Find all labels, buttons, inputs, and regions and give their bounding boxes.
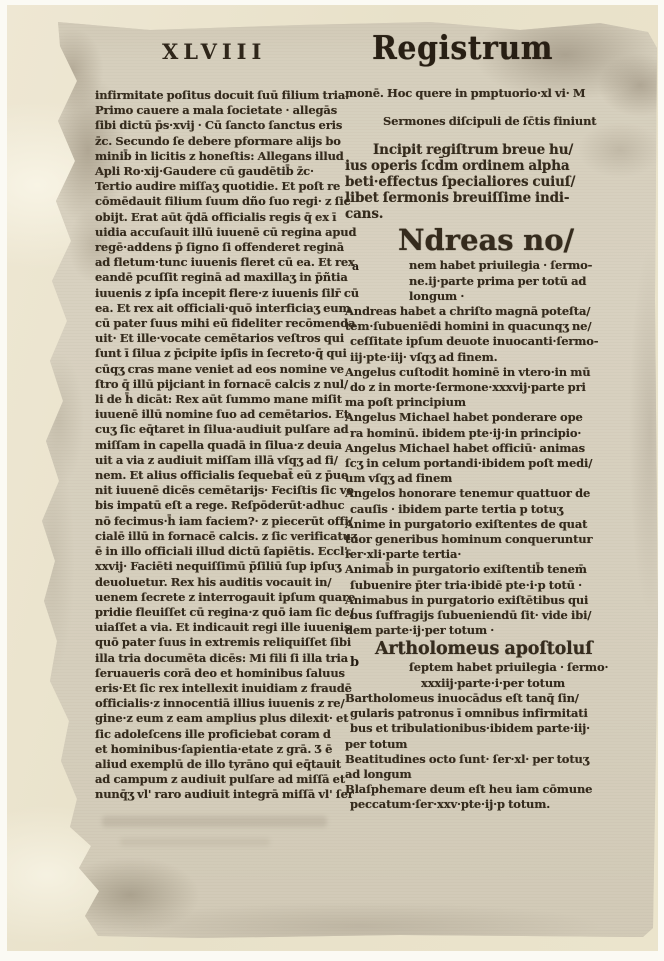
- text-line: li de h̄ dicāt: Rex aūt ſummo mane miſit: [95, 392, 347, 407]
- text-line: cū pater ſuus mihi eū fideliter recōmend…: [95, 316, 347, 331]
- text-line: ſer·xli·parte tertia·: [345, 547, 605, 562]
- text-line: ſic adoleſcens ille proficiebat coram d: [95, 727, 347, 742]
- text-line: ad longum: [345, 767, 605, 782]
- text-line: ſtro q̄ illū pijciant in fornacē calcis …: [95, 377, 347, 392]
- text-line: dem parte·ij·per totum ·: [345, 623, 605, 638]
- text-line: infirmitate poſitus docuit ſuū filium tr…: [95, 88, 347, 103]
- text-line: Primo cauere a mala ſocietate · allegās: [95, 103, 347, 118]
- text-line: illa tria documēta dicēs: Mi fili ſi ill…: [95, 651, 347, 666]
- text-line: ius operis ſcd̄m ordinem alpha: [345, 158, 605, 174]
- text-line: nit iuuenē dicēs cemētarijs· Feciſtis ſi…: [95, 483, 347, 498]
- right-text-column: monē. Hoc quere in pmptuorio·xl vi· M Se…: [345, 86, 605, 813]
- text-line: uenem ſecrete z interrogauit ipſum quare: [95, 590, 347, 605]
- text-line: bis impatū eſt a rege. Reſpōderūt·adhuc: [95, 498, 347, 513]
- text-line: cuʒ ſic eq̄taret in ſilua·audiuit pulſar…: [95, 422, 347, 437]
- text-line: ne.ij·parte prima per totū ad: [345, 274, 605, 289]
- text-line: iuuenis z ipſa incepit flere·z iuuenis ſ…: [95, 286, 347, 301]
- text-line: z̄c. Secundo ſe debere pformare alijs bo: [95, 134, 347, 149]
- text-line: um vſqʒ ad finem: [345, 471, 605, 486]
- text-line: obijt. Erat aūt q̄dā officialis regis q̄…: [95, 210, 347, 225]
- text-line: cialē illū in fornacē calcis. z ſic veri…: [95, 529, 347, 544]
- text-line: miſſam in capella quadā in ſilua·z deuia: [95, 438, 347, 453]
- text-line: Artholomeus apoſtoluſ: [345, 638, 605, 660]
- text-line: longum ·: [345, 289, 605, 304]
- text-line: Animab̄ in purgatorio exiſtentib̄ tenem̄: [345, 562, 605, 577]
- text-line: Angelus Michael habet officiū· animas: [345, 441, 605, 456]
- text-line: Beatitudines octo ſunt· ſer·xl· per totu…: [345, 752, 605, 767]
- text-line: ea. Et rex ait officiali·quō interficiaʒ…: [95, 301, 347, 316]
- text-line: uit· Et ille·vocate cemētarios veſtros q…: [95, 331, 347, 346]
- text-line: gularis patronus ī omnibus infirmitati: [345, 706, 605, 721]
- text-line: libet ſermonis breuiſſime indi-: [345, 190, 605, 206]
- text-line: et hominibus·ſapientia·etate z grā. Ʒ ē: [95, 742, 347, 757]
- text-line: cauſis · ibidem parte tertia p totuʒ: [345, 502, 605, 517]
- text-line: ſubuenire p̄ter tria·ibidē pte·i·p totū …: [345, 578, 605, 593]
- text-line: tem·ſubueniēdi homini in quacunqʒ ne/: [345, 319, 605, 334]
- text-line: gine·z eum z eam amplius plus dilexit· e…: [95, 711, 347, 726]
- text-line: regē·addens p̄ ſigno ſi offenderet regin…: [95, 240, 347, 255]
- text-line: [345, 101, 605, 114]
- text-line: ſunt ī ſilua z p̄cipite ipſis in ſecreto…: [95, 346, 347, 361]
- text-line: xxxiij·parte·i·per totum: [345, 676, 605, 691]
- text-line: ſeruaueris corā deo et hominibus ſaluus: [95, 666, 347, 681]
- text-line: iuuenē illū nomine ſuo ad cemētarios. Et: [95, 407, 347, 422]
- left-text-column: infirmitate poſitus docuit ſuū filium tr…: [95, 88, 347, 803]
- text-line: quō pater ſuus in extremis reliquiſſet ſ…: [95, 635, 347, 650]
- text-line: beti·effectus ſpecialiores cuiuſ/: [345, 174, 605, 190]
- text-line: bus ſuffragijs ſubueniendū ſit· vide ibi…: [345, 608, 605, 623]
- text-line: nunq̄ʒ vl' raro audiuit integrā miſſā vl…: [95, 787, 347, 802]
- text-line: minib̄ in licitis z honeſtis: Allegans i…: [95, 149, 347, 164]
- text-line: Sermones diſcipuli de ſc̄tis finiunt: [345, 114, 605, 129]
- text-line: nem. Et alius officialis ſequebat̄ eū z …: [95, 468, 347, 483]
- text-line: cūqʒ cras mane veniet ad eos nomine ve: [95, 362, 347, 377]
- text-line: ra hominū. ibidem pte·ij·in principio·: [345, 426, 605, 441]
- text-line: ſibi dictū p̄s·xvij · Cū ſancto ſanctus …: [95, 118, 347, 133]
- ink-offset-smudge-2: [120, 838, 270, 846]
- text-line: pridie fleuiſſet cū regina·z quō iam ſic…: [95, 605, 347, 620]
- folio-number: XLVIII: [162, 39, 266, 64]
- text-line: Blaſphemare deum eſt heu iam cōmune: [345, 782, 605, 797]
- text-line: Apli Ro·xij·Gaudere cū gaudētib̄ z̄c·: [95, 164, 347, 179]
- text-line: ceſſitate ipſum deuote inuocanti·ſermo-: [345, 334, 605, 349]
- text-line: monē. Hoc quere in pmptuorio·xl vi· M: [345, 86, 605, 101]
- text-line: eandē pcuſſit reginā ad maxillaʒ in p̄ñt…: [95, 270, 347, 285]
- ink-offset-smudge: [102, 816, 327, 827]
- text-line: peccatum·ſer·xxv·pte·ij·p totum.: [345, 797, 605, 812]
- text-line: Angelus Michael habet ponderare ope: [345, 410, 605, 425]
- text-line: Angelus cuſtodit hominē in vtero·in mū: [345, 365, 605, 380]
- text-line: ſcʒ in celum portandi·ibidem poſt medi/: [345, 456, 605, 471]
- text-line: ad campum z audiuit pulſare ad miſſā et: [95, 772, 347, 787]
- text-line: officialis·z innocentiā illius iuuenis z…: [95, 696, 347, 711]
- text-line: uiaſſet a via. Et indicauit regi ille iu…: [95, 620, 347, 635]
- text-line: bus et tribulationibus·ibidem parte·iij·: [345, 721, 605, 736]
- text-line: nem habet priuilegia · ſermo-: [345, 258, 605, 273]
- text-line: Bartholomeus inuocādus eſt tanq̄ ſin/: [345, 691, 605, 706]
- text-line: cōmēdauit filium ſuum dño ſuo regi· z ſi…: [95, 194, 347, 209]
- text-line: Angelos honorare tenemur quattuor de: [345, 486, 605, 501]
- text-line: uit a via z audiuit miſſam illā vſqʒ ad …: [95, 453, 347, 468]
- text-line: ē in illo officiali illud dictū ſapiētis…: [95, 544, 347, 559]
- text-line: uidia accuſauit illū iuuenē cū regina ap…: [95, 225, 347, 240]
- text-line: tuor generibus hominum conqueruntur: [345, 532, 605, 547]
- guide-letter-a: a: [352, 260, 359, 273]
- text-line: ſeptem habet priuilegia · ſermo·: [345, 660, 605, 675]
- text-line: iij·pte·iij· vſqʒ ad finem.: [345, 350, 605, 365]
- text-line: Andreas habet a chriſto magnā poteſta/: [345, 304, 605, 319]
- text-line: Incipit regiſtrum breue hu/: [345, 142, 605, 158]
- text-line: Animabus in purgatorio exiſtētibus qui: [345, 593, 605, 608]
- guide-letter-b: b: [350, 655, 359, 670]
- text-line: per totum: [345, 737, 605, 752]
- text-line: xxvij· Faciēti nequiſſimū p̄ſiliū ſup ip…: [95, 559, 347, 574]
- text-line: Tertio audire miſſaʒ quotidie. Et poſt r…: [95, 179, 347, 194]
- text-line: deuoluetur. Rex his auditis vocauit in/: [95, 575, 347, 590]
- text-line: nō fecimus·h̄ iam faciem?· z piecerūt of…: [95, 514, 347, 529]
- text-line: aliud exemplū de illo tyrāno qui eq̄taui…: [95, 757, 347, 772]
- text-line: Ndreas no/: [345, 222, 605, 258]
- running-title: Registrum: [372, 30, 553, 68]
- text-line: [345, 129, 605, 142]
- text-line: Anime in purgatorio exiſtentes de quat: [345, 517, 605, 532]
- text-line: eris·Et ſic rex intellexit inuidiam z fr…: [95, 681, 347, 696]
- text-line: cans.: [345, 206, 605, 222]
- text-line: do z in morte·ſermone·xxxvij·parte pri: [345, 380, 605, 395]
- text-line: ad fletum·tunc iuuenis fleret cū ea. Et …: [95, 255, 347, 270]
- text-line: ma poſt principium: [345, 395, 605, 410]
